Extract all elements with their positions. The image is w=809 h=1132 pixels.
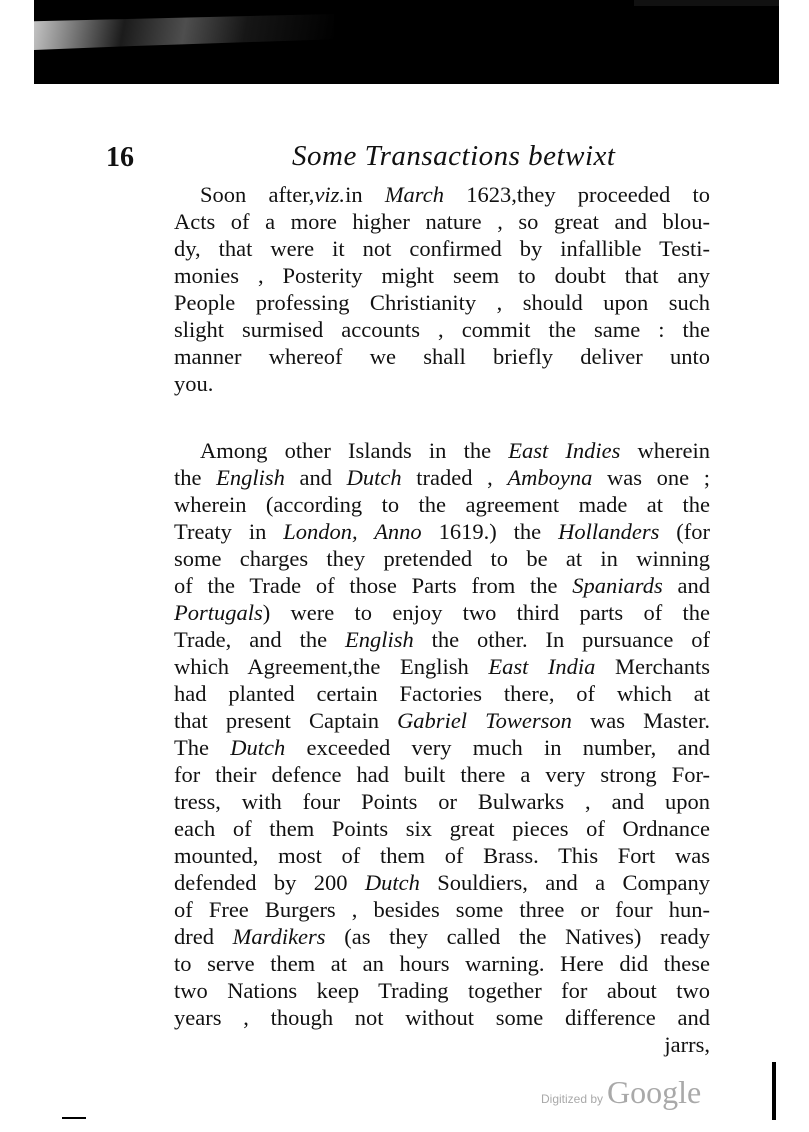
text-line: defended by 200 Dutch Souldiers, and a C… (174, 869, 710, 896)
text-run: 1623,they proceeded to (444, 182, 710, 207)
text-run: to serve them at an hours warning. Here … (174, 951, 710, 976)
text-run: monies , Posterity might seem to doubt t… (174, 263, 710, 288)
text-line: Soon after,viz.in March 1623,they procee… (174, 181, 710, 208)
text-run: exceeded very much in number, and (285, 735, 710, 760)
text-run: dred (174, 924, 233, 949)
text-run: People professing Christianity , should … (174, 290, 710, 315)
google-watermark: Digitized by Google (541, 1074, 701, 1111)
text-line: Acts of a more higher nature , so great … (174, 208, 710, 235)
text-run: dy, that were it not confirmed by infall… (174, 236, 710, 261)
italic-text: Dutch (347, 465, 402, 490)
text-run: was one ; (592, 465, 710, 490)
text-line: Trade, and the English the other. In pur… (174, 626, 710, 653)
text-line: dred Mardikers (as they called the Nativ… (174, 923, 710, 950)
text-line: The Dutch exceeded very much in number, … (174, 734, 710, 761)
text-run: wherein (according to the agreement made… (174, 492, 710, 517)
italic-text: Hollanders (558, 519, 659, 544)
italic-text: March (385, 182, 444, 207)
watermark-prefix: Digitized by (541, 1092, 603, 1106)
italic-text: viz. (314, 182, 345, 207)
page-header: 16 Some Transactions betwixt (0, 140, 809, 180)
catchword: jarrs, (174, 1031, 710, 1058)
scan-foot-mark (62, 1117, 86, 1119)
text-run: Among other Islands in the (200, 438, 508, 463)
text-line: monies , Posterity might seem to doubt t… (174, 262, 710, 289)
text-line: two Nations keep Trading together for ab… (174, 977, 710, 1004)
text-run: defended by 200 (174, 870, 365, 895)
italic-text: English (345, 627, 414, 652)
text-line: Treaty in London, Anno 1619.) the Hollan… (174, 518, 710, 545)
italic-text: East Indies (508, 438, 620, 463)
text-run: Soon after, (200, 182, 314, 207)
text-line: manner whereof we shall briefly deliver … (174, 343, 710, 370)
text-line: to serve them at an hours warning. Here … (174, 950, 710, 977)
text-line: of Free Burgers , besides some three or … (174, 896, 710, 923)
watermark-brand: Google (607, 1074, 701, 1111)
text-run: of the Trade of those Parts from the (174, 573, 572, 598)
text-line: dy, that were it not confirmed by infall… (174, 235, 710, 262)
text-run: the (174, 465, 216, 490)
text-run: the other. In pursuance of (414, 627, 710, 652)
italic-text: Spaniards (572, 573, 662, 598)
text-run: years , though not without some differen… (174, 1005, 710, 1030)
text-line: the English and Dutch traded , Amboyna w… (174, 464, 710, 491)
text-run: Merchants (595, 654, 710, 679)
paragraph-gap (174, 397, 710, 437)
italic-text: Dutch (230, 735, 285, 760)
italic-text: Portugals (174, 600, 263, 625)
page-number: 16 (106, 142, 134, 174)
scan-shadow-band (34, 0, 779, 84)
text-run: Souldiers, and a Company (420, 870, 710, 895)
text-line: that present Captain Gabriel Towerson wa… (174, 707, 710, 734)
text-line: Portugals) were to enjoy two third parts… (174, 599, 710, 626)
text-run: (for (659, 519, 710, 544)
italic-text: Amboyna (507, 465, 592, 490)
text-run: 1619.) the (422, 519, 558, 544)
text-line: had planted certain Factories there, of … (174, 680, 710, 707)
text-run: ) were to enjoy two third parts of the (263, 600, 710, 625)
text-line: of the Trade of those Parts from the Spa… (174, 572, 710, 599)
italic-text: London, Anno (283, 519, 421, 544)
text-line: you. (174, 370, 710, 397)
text-run: manner whereof we shall briefly deliver … (174, 344, 710, 369)
text-line: slight surmised accounts , commit the sa… (174, 316, 710, 343)
text-line: People professing Christianity , should … (174, 289, 710, 316)
italic-text: Mardikers (233, 924, 326, 949)
italic-text: Dutch (365, 870, 420, 895)
text-run: each of them Points six great pieces of … (174, 816, 710, 841)
italic-text: East India (488, 654, 595, 679)
text-line: years , though not without some differen… (174, 1004, 710, 1031)
text-run: traded , (402, 465, 508, 490)
text-run: tress, with four Points or Bulwarks , an… (174, 789, 710, 814)
text-run: slight surmised accounts , commit the sa… (174, 317, 710, 342)
text-run: had planted certain Factories there, of … (174, 681, 710, 706)
text-line: some charges they pretended to be at in … (174, 545, 710, 572)
text-run: for their defence had built there a very… (174, 762, 710, 787)
text-run: Trade, and the (174, 627, 345, 652)
text-line: tress, with four Points or Bulwarks , an… (174, 788, 710, 815)
text-run: and (285, 465, 347, 490)
text-run: that present Captain (174, 708, 397, 733)
text-run: Acts of a more higher nature , so great … (174, 209, 710, 234)
text-run: some charges they pretended to be at in … (174, 546, 710, 571)
text-run: which Agreement,the English (174, 654, 488, 679)
text-run: wherein (620, 438, 710, 463)
text-run: was Master. (572, 708, 710, 733)
text-run: (as they called the Natives) ready (326, 924, 710, 949)
text-line: mounted, most of them of Brass. This For… (174, 842, 710, 869)
text-line: each of them Points six great pieces of … (174, 815, 710, 842)
italic-text: English (216, 465, 285, 490)
text-run: Treaty in (174, 519, 283, 544)
italic-text: Gabriel Towerson (397, 708, 572, 733)
scan-speck (634, 0, 779, 6)
text-run: you. (174, 371, 213, 396)
text-line: for their defence had built there a very… (174, 761, 710, 788)
text-run: and (663, 573, 710, 598)
text-line: Among other Islands in the East Indies w… (174, 437, 710, 464)
text-line: which Agreement,the English East India M… (174, 653, 710, 680)
scan-edge-mark (772, 1062, 776, 1120)
text-run: of Free Burgers , besides some three or … (174, 897, 710, 922)
body-text: Soon after,viz.in March 1623,they procee… (174, 181, 710, 1058)
running-head: Some Transactions betwixt (292, 140, 615, 173)
text-run: The (174, 735, 230, 760)
text-line: wherein (according to the agreement made… (174, 491, 710, 518)
text-run: two Nations keep Trading together for ab… (174, 978, 710, 1003)
scan-streak (34, 14, 334, 50)
text-run: mounted, most of them of Brass. This For… (174, 843, 710, 868)
text-run: in (345, 182, 385, 207)
